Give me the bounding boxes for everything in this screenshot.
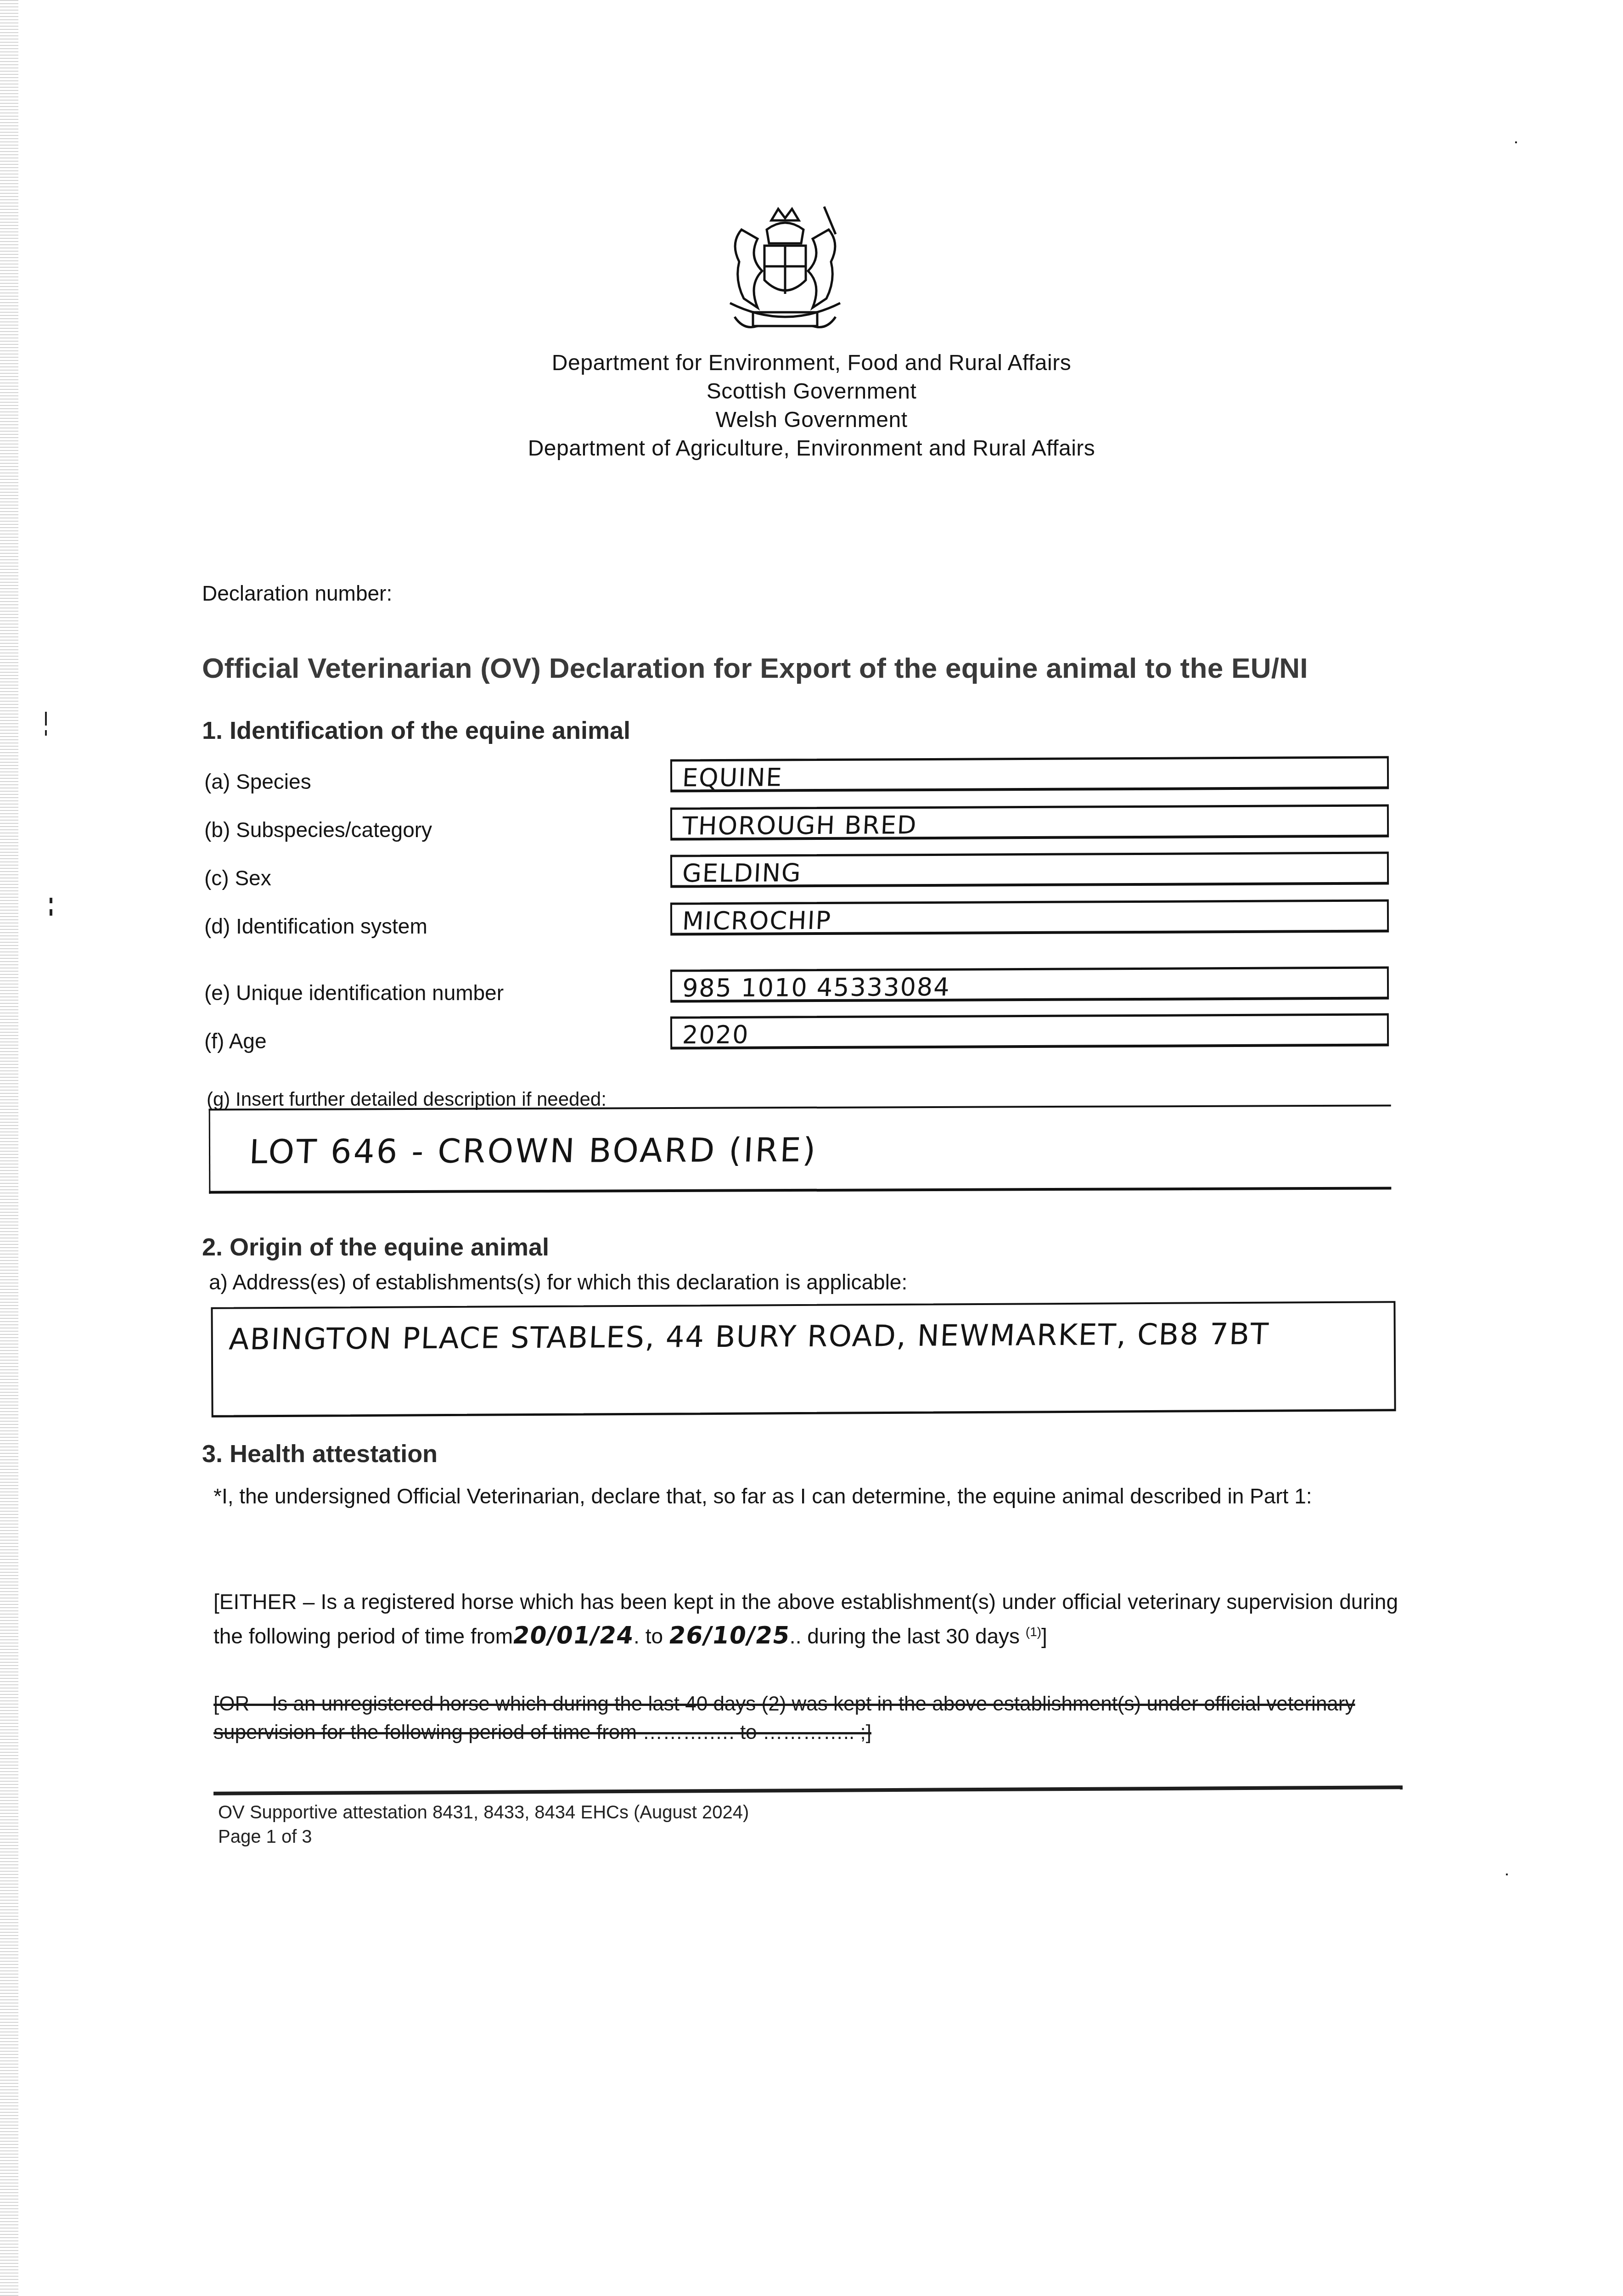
page-title: Official Veterinarian (OV) Declaration f… <box>202 652 1308 685</box>
stray-mark <box>45 730 47 736</box>
unique-id-field[interactable]: 985 1010 45333084 <box>670 967 1389 1003</box>
footnote-ref-1: (1) <box>1026 1625 1041 1639</box>
agency-defra: Department for Environment, Food and Rur… <box>0 349 1623 377</box>
description-label: (g) Insert further detailed description … <box>207 1088 607 1110</box>
declaration-number-label: Declaration number: <box>202 581 392 606</box>
unique-id-value: 985 1010 45333084 <box>682 973 951 1003</box>
agency-daera: Department of Agriculture, Environment a… <box>0 434 1623 463</box>
species-value: EQUINE <box>682 763 784 792</box>
agency-scottish-gov: Scottish Government <box>0 377 1623 406</box>
age-field[interactable]: 2020 <box>670 1013 1389 1050</box>
stray-mark <box>1506 1874 1508 1875</box>
subspecies-value: THOROUGH BRED <box>682 810 918 840</box>
id-system-label: (d) Identification system <box>204 914 427 939</box>
species-field[interactable]: EQUINE <box>670 756 1389 793</box>
or-clause-struck-through: [OR – Is an unregistered horse which dur… <box>213 1690 1398 1747</box>
either-clause: [EITHER – Is a registered horse which ha… <box>213 1587 1398 1651</box>
agency-names: Department for Environment, Food and Rur… <box>0 349 1623 463</box>
unique-id-label: (e) Unique identification number <box>204 980 504 1005</box>
address-label: a) Address(es) of establishments(s) for … <box>209 1270 907 1294</box>
royal-coat-of-arms-icon <box>702 202 868 340</box>
sex-value: GELDING <box>682 858 803 888</box>
footer-divider <box>213 1785 1403 1795</box>
either-close-bracket: ] <box>1041 1624 1047 1648</box>
sex-field[interactable]: GELDING <box>670 852 1389 888</box>
id-system-field[interactable]: MICROCHIP <box>670 900 1389 936</box>
section-2-heading: 2. Origin of the equine animal <box>202 1233 549 1261</box>
section-3-heading: 3. Health attestation <box>202 1440 438 1468</box>
from-date: 20/01/24 <box>511 1621 635 1651</box>
either-text: [EITHER – Is a registered horse which ha… <box>213 1590 1398 1648</box>
age-value: 2020 <box>682 1020 750 1050</box>
stray-mark <box>50 909 52 916</box>
scan-edge-noise <box>0 0 18 2296</box>
agency-welsh-gov: Welsh Government <box>0 406 1623 434</box>
footer-attestation-ref: OV Supportive attestation 8431, 8433, 84… <box>218 1802 749 1823</box>
to-date: 26/10/25 <box>667 1621 792 1651</box>
address-field[interactable]: ABINGTON PLACE STABLES, 44 BURY ROAD, NE… <box>211 1301 1396 1418</box>
section-1-heading: 1. Identification of the equine animal <box>202 716 630 745</box>
stray-mark <box>50 898 52 903</box>
health-intro: *I, the undersigned Official Veterinaria… <box>213 1481 1398 1511</box>
to-word: to <box>646 1624 663 1648</box>
stray-mark <box>45 712 47 726</box>
age-label: (f) Age <box>204 1029 267 1053</box>
sex-label: (c) Sex <box>204 866 271 890</box>
stray-mark <box>1515 141 1517 143</box>
either-text-2: during the last 30 days <box>807 1624 1020 1648</box>
subspecies-field[interactable]: THOROUGH BRED <box>670 805 1389 841</box>
species-label: (a) Species <box>204 769 311 794</box>
subspecies-label: (b) Subspecies/category <box>204 817 432 842</box>
id-system-value: MICROCHIP <box>682 906 832 935</box>
address-value: ABINGTON PLACE STABLES, 44 BURY ROAD, NE… <box>228 1317 1270 1357</box>
page-number: Page 1 of 3 <box>218 1827 312 1847</box>
description-field[interactable]: LOT 646 - CROWN BOARD (IRE) <box>209 1105 1392 1194</box>
description-value: LOT 646 - CROWN BOARD (IRE) <box>248 1131 818 1171</box>
